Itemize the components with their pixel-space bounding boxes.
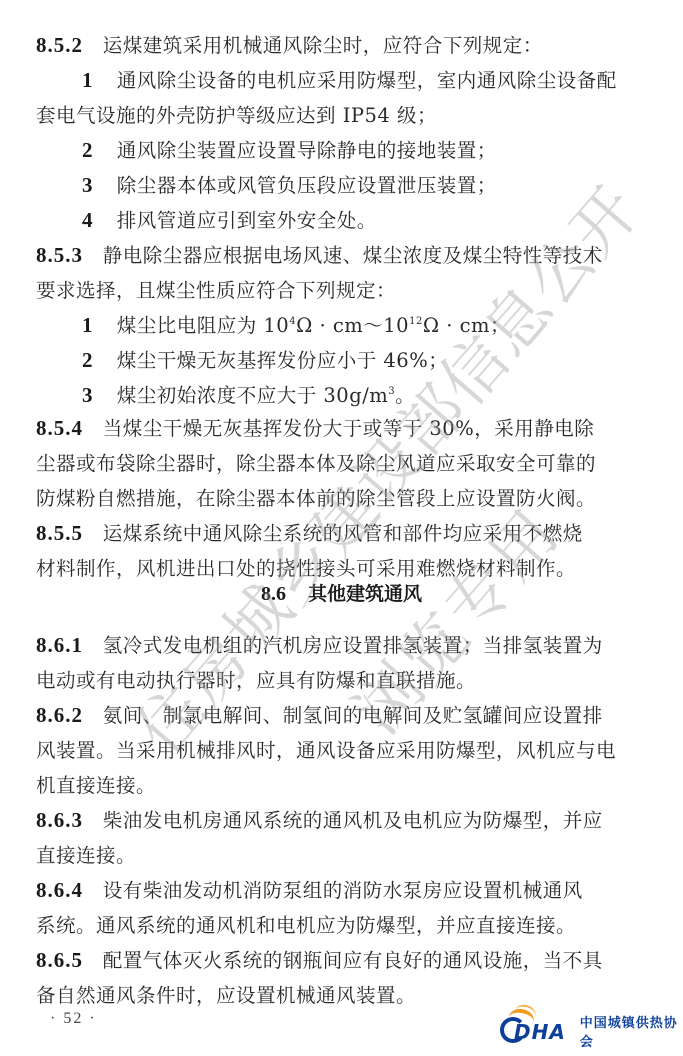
clause-number: 8.5.5 bbox=[36, 516, 96, 551]
item-text: 煤尘初始浓度不应大于 30g/m3。 bbox=[117, 384, 415, 407]
clause-number: 8.6.2 bbox=[36, 698, 96, 733]
item-text: 煤尘比电阻应为 104Ω · cm～1012Ω · cm； bbox=[117, 314, 510, 337]
section-heading: 其他建筑通风 bbox=[308, 583, 422, 605]
clause-8-6-1: 8.6.1 氢冷式发电机组的汽机房应设置排氢装置；当排氢装置为 bbox=[36, 628, 603, 663]
item-text: 煤尘干燥无灰基挥发份应小于 46%； bbox=[117, 349, 449, 372]
section-number: 8.6 bbox=[261, 583, 286, 605]
clause-text-continuation: 备自然通风条件时，应设置机械通风装置。 bbox=[36, 978, 416, 1013]
clause-number: 8.6.3 bbox=[36, 803, 96, 838]
list-item: 1 煤尘比电阻应为 104Ω · cm～1012Ω · cm； bbox=[82, 308, 510, 343]
clause-text: 静电除尘器应根据电场风速、煤尘浓度及煤尘特性等技术 bbox=[103, 244, 603, 267]
document-page: 8.5.2 运煤建筑采用机械通风除尘时，应符合下列规定： 1 通风除尘设备的电机… bbox=[0, 0, 683, 1056]
clause-text-continuation: 风装置。当采用机械排风时，通风设备应采用防爆型，风机应与电 bbox=[36, 733, 616, 768]
list-item: 3 煤尘初始浓度不应大于 30g/m3。 bbox=[82, 378, 415, 413]
clause-number: 8.6.4 bbox=[36, 873, 96, 908]
text-part: 。 bbox=[395, 384, 415, 407]
section-title: 8.6其他建筑通风 bbox=[0, 577, 683, 612]
cdha-logo: DHA 中国城镇供热协会 bbox=[500, 1013, 683, 1049]
clause-text: 氢冷式发电机组的汽机房应设置排氢装置；当排氢装置为 bbox=[103, 634, 603, 657]
list-item: 1 通风除尘设备的电机应采用防爆型，室内通风除尘设备配 bbox=[82, 63, 617, 98]
list-item: 2 煤尘干燥无灰基挥发份应小于 46%； bbox=[82, 343, 448, 378]
item-text: 除尘器本体或风管负压段应设置泄压装置； bbox=[117, 174, 497, 197]
item-number: 1 bbox=[82, 63, 110, 98]
clause-text: 配置气体灭火系统的钢瓶间应有良好的通风设施，当不具 bbox=[103, 949, 603, 972]
text-part: 煤尘比电阻应为 10 bbox=[117, 314, 290, 337]
text-part: Ω · cm； bbox=[423, 314, 510, 337]
list-item: 2 通风除尘装置应设置导除静电的接地装置； bbox=[82, 133, 497, 168]
clause-8-5-3: 8.5.3 静电除尘器应根据电场风速、煤尘浓度及煤尘特性等技术 bbox=[36, 238, 603, 273]
exponent: 12 bbox=[409, 316, 423, 327]
item-number: 3 bbox=[82, 168, 110, 203]
item-number: 2 bbox=[82, 133, 110, 168]
item-text: 通风除尘设备的电机应采用防爆型，室内通风除尘设备配 bbox=[117, 69, 617, 92]
clause-text: 运煤系统中通风除尘系统的风管和部件均应采用不燃烧 bbox=[103, 522, 583, 545]
clause-text: 柴油发电机房通风系统的通风机及电机应为防爆型，并应 bbox=[103, 809, 603, 832]
item-number: 1 bbox=[82, 308, 110, 343]
clause-text: 运煤建筑采用机械通风除尘时，应符合下列规定： bbox=[103, 34, 543, 57]
clause-text: 当煤尘干燥无灰基挥发份大于或等于 30%，采用静电除 bbox=[103, 417, 595, 440]
clause-text-continuation: 机直接连接。 bbox=[36, 768, 156, 803]
clause-8-5-5: 8.5.5 运煤系统中通风除尘系统的风管和部件均应采用不燃烧 bbox=[36, 516, 583, 551]
list-item: 4 排风管道应引到室外安全处。 bbox=[82, 203, 377, 238]
logo-text-en: DHA bbox=[514, 1020, 566, 1044]
item-text-continuation: 套电气设施的外壳防护等级应达到 IP54 级； bbox=[36, 98, 437, 133]
clause-8-6-5: 8.6.5 配置气体灭火系统的钢瓶间应有良好的通风设施，当不具 bbox=[36, 943, 603, 978]
clause-8-5-2: 8.5.2 运煤建筑采用机械通风除尘时，应符合下列规定： bbox=[36, 28, 543, 63]
clause-text: 设有柴油发动机消防泵组的消防水泵房应设置机械通风 bbox=[103, 879, 583, 902]
clause-text-continuation: 要求选择，且煤尘性质应符合下列规定： bbox=[36, 273, 396, 308]
clause-text-continuation: 系统。通风系统的通风机和电机应为防爆型，并应直接连接。 bbox=[36, 908, 576, 943]
clause-number: 8.6.1 bbox=[36, 628, 96, 663]
clause-8-6-3: 8.6.3 柴油发电机房通风系统的通风机及电机应为防爆型，并应 bbox=[36, 803, 603, 838]
clause-number: 8.5.3 bbox=[36, 238, 96, 273]
item-text: 通风除尘装置应设置导除静电的接地装置； bbox=[117, 139, 497, 162]
item-text: 排风管道应引到室外安全处。 bbox=[117, 209, 377, 232]
clause-text-continuation: 直接连接。 bbox=[36, 838, 136, 873]
clause-8-5-4: 8.5.4 当煤尘干燥无灰基挥发份大于或等于 30%，采用静电除 bbox=[36, 411, 594, 446]
item-number: 3 bbox=[82, 378, 110, 413]
clause-8-6-2: 8.6.2 氨间、制氯电解间、制氢间的电解间及贮氢罐间应设置排 bbox=[36, 698, 603, 733]
clause-text-continuation: 尘器或布袋除尘器时，除尘器本体及除尘风道应采取安全可靠的 bbox=[36, 446, 596, 481]
clause-number: 8.6.5 bbox=[36, 943, 96, 978]
item-number: 2 bbox=[82, 343, 110, 378]
page-number: · 52 · bbox=[50, 1010, 97, 1028]
clause-text: 氨间、制氯电解间、制氢间的电解间及贮氢罐间应设置排 bbox=[103, 704, 603, 727]
text-part: 煤尘初始浓度不应大于 30g/m bbox=[117, 384, 389, 407]
list-item: 3 除尘器本体或风管负压段应设置泄压装置； bbox=[82, 168, 497, 203]
text-part: Ω · cm～10 bbox=[296, 314, 409, 337]
clause-text-continuation: 电动或有电动执行器时，应具有防爆和直联措施。 bbox=[36, 663, 476, 698]
logo-text-cn: 中国城镇供热协会 bbox=[580, 1012, 683, 1050]
item-number: 4 bbox=[82, 203, 110, 238]
clause-number: 8.5.2 bbox=[36, 28, 96, 63]
logo-mark-icon: DHA bbox=[500, 1015, 574, 1047]
clause-8-6-4: 8.6.4 设有柴油发动机消防泵组的消防水泵房应设置机械通风 bbox=[36, 873, 583, 908]
clause-text-continuation: 防煤粉自燃措施，在除尘器本体前的除尘管段上应设置防火阀。 bbox=[36, 481, 596, 516]
clause-number: 8.5.4 bbox=[36, 411, 96, 446]
